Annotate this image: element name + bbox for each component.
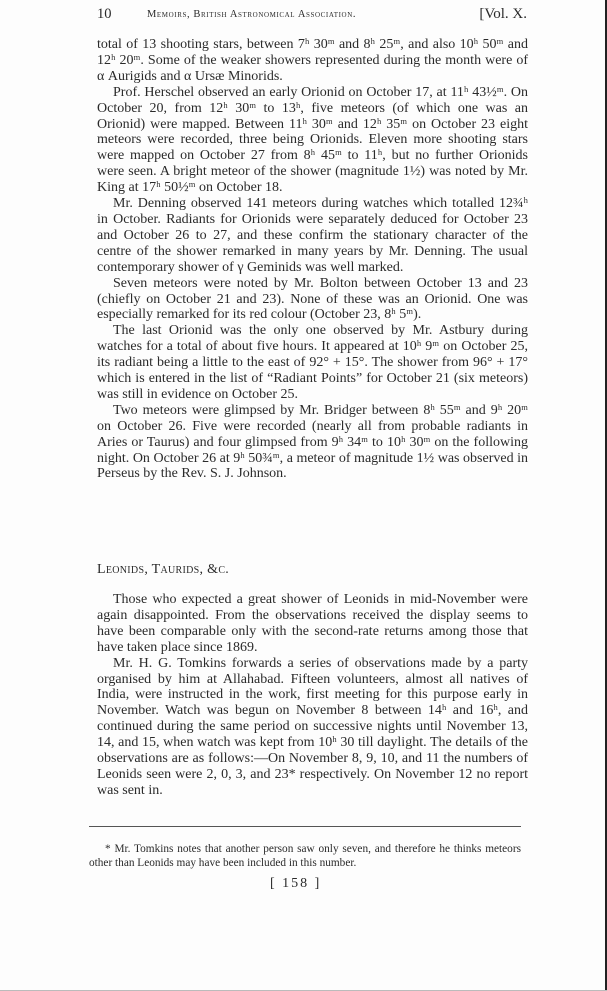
footnote-rule — [89, 826, 521, 827]
paragraph: total of 13 shooting stars, between 7ʰ 3… — [97, 37, 528, 85]
footnote: * Mr. Tomkins notes that another person … — [89, 842, 521, 871]
paragraph: Two meteors were glimpsed by Mr. Bridger… — [97, 403, 528, 483]
paragraph: The last Orionid was the only one observ… — [97, 323, 528, 403]
page-number: 10 — [97, 6, 112, 23]
paragraph: Those who expected a great shower of Leo… — [97, 592, 528, 656]
volume-label: [Vol. X. — [479, 6, 527, 23]
running-header: 10 Memoirs, British Astronomical Associa… — [97, 6, 527, 26]
body-section-orionids: total of 13 shooting stars, between 7ʰ 3… — [97, 37, 528, 482]
paragraph: Seven meteors were noted by Mr. Bolton b… — [97, 276, 528, 324]
paragraph: Mr. H. G. Tomkins forwards a series of o… — [97, 656, 528, 799]
paragraph: Prof. Herschel observed an early Orionid… — [97, 85, 528, 196]
footnote-text: * Mr. Tomkins notes that another person … — [89, 842, 521, 871]
folio-number: [ 158 ] — [270, 876, 321, 892]
paragraph: Mr. Denning observed 141 meteors during … — [97, 196, 528, 276]
running-title: Memoirs, British Astronomical Associatio… — [147, 9, 356, 20]
section-heading: Leonids, Taurids, &c. — [97, 562, 229, 578]
body-section-leonids: Those who expected a great shower of Leo… — [97, 592, 528, 799]
